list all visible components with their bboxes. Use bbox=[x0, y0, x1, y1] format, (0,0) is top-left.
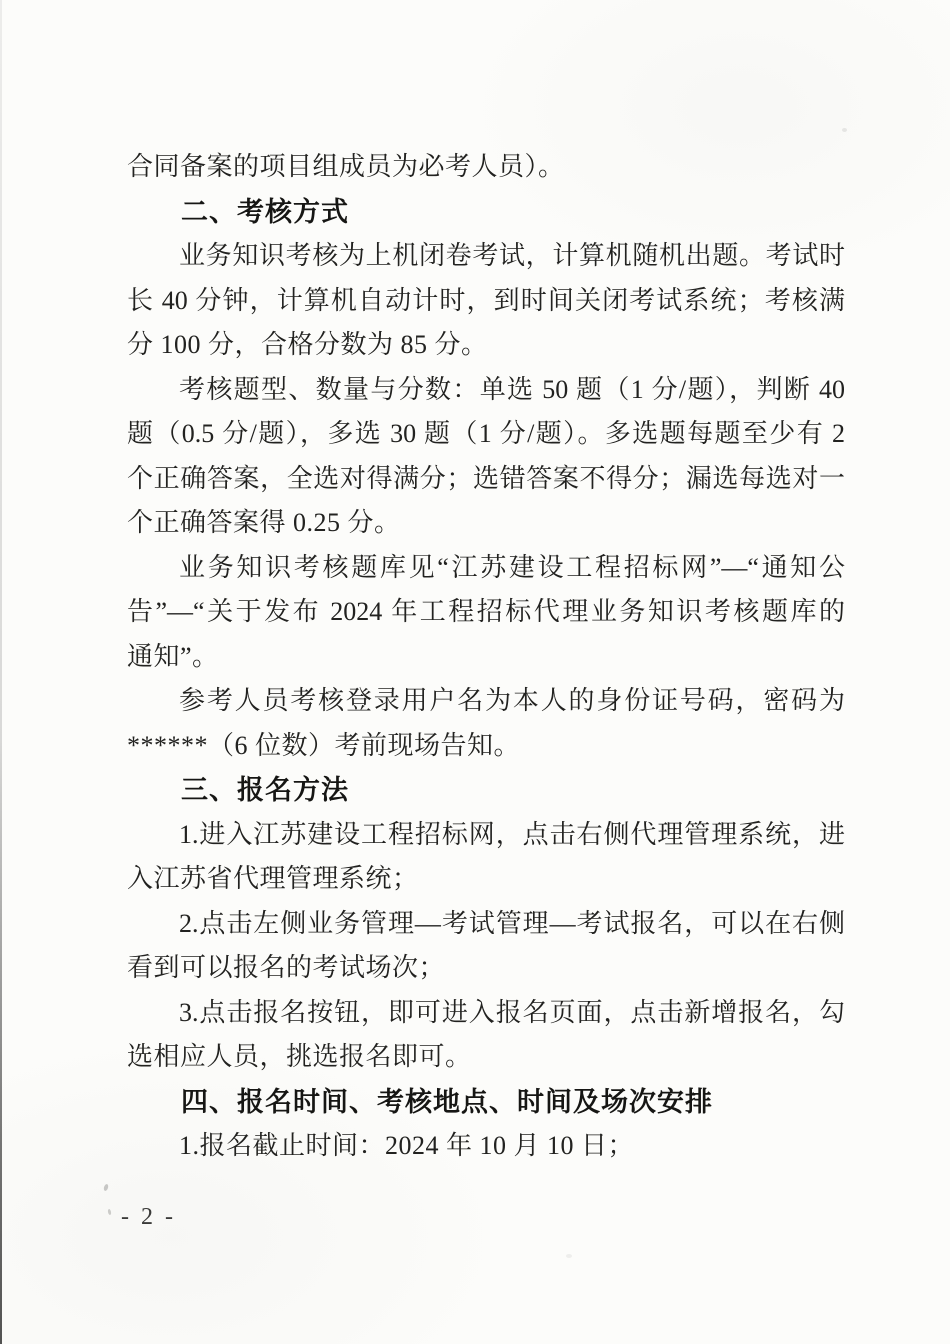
heading-line: 二、考核方式 bbox=[127, 190, 845, 235]
text-line: 1.报名截止时间：2024 年 10 月 10 日； bbox=[127, 1124, 845, 1169]
text-line: 个正确答案得 0.25 分。 bbox=[127, 501, 845, 546]
text-line: 业务知识考核题库见“江苏建设工程招标网”—“通知公 bbox=[127, 546, 845, 591]
scan-speck bbox=[103, 1184, 109, 1192]
text-line: 长 40 分钟，计算机自动计时，到时间关闭考试系统；考核满 bbox=[127, 279, 845, 324]
scan-speck bbox=[842, 128, 847, 132]
text-line: 业务知识考核为上机闭卷考试，计算机随机出题。考试时 bbox=[127, 234, 845, 279]
text-line: 告”—“关于发布 2024 年工程招标代理业务知识考核题库的 bbox=[127, 590, 845, 635]
scan-paper-edge bbox=[0, 0, 2, 1344]
text-line: 考核题型、数量与分数：单选 50 题（1 分/题），判断 40 bbox=[127, 368, 845, 413]
scan-speck bbox=[566, 1254, 572, 1258]
heading-line: 四、报名时间、考核地点、时间及场次安排 bbox=[127, 1080, 845, 1125]
text-line: 1.进入江苏建设工程招标网，点击右侧代理管理系统，进 bbox=[127, 813, 845, 858]
text-line: 3.点击报名按钮，即可进入报名页面，点击新增报名，勾 bbox=[127, 991, 845, 1036]
text-line: 通知”。 bbox=[127, 635, 845, 680]
text-line: 看到可以报名的考试场次； bbox=[127, 946, 845, 991]
text-line: 个正确答案，全选对得满分；选错答案不得分；漏选每选对一 bbox=[127, 457, 845, 502]
scanned-document-page: 合同备案的项目组成员为必考人员）。二、考核方式业务知识考核为上机闭卷考试，计算机… bbox=[0, 0, 950, 1344]
text-line: 入江苏省代理管理系统； bbox=[127, 857, 845, 902]
document-body: 合同备案的项目组成员为必考人员）。二、考核方式业务知识考核为上机闭卷考试，计算机… bbox=[127, 145, 845, 1169]
text-line: 选相应人员，挑选报名即可。 bbox=[127, 1035, 845, 1080]
text-line: 合同备案的项目组成员为必考人员）。 bbox=[127, 145, 845, 190]
heading-line: 三、报名方法 bbox=[127, 768, 845, 813]
text-line: 题（0.5 分/题），多选 30 题（1 分/题）。多选题每题至少有 2 bbox=[127, 412, 845, 457]
text-line: 2.点击左侧业务管理—考试管理—考试报名，可以在右侧 bbox=[127, 902, 845, 947]
text-line: 分 100 分，合格分数为 85 分。 bbox=[127, 323, 845, 368]
scan-speck bbox=[107, 1209, 111, 1215]
text-line: ******（6 位数）考前现场告知。 bbox=[127, 724, 845, 769]
page-number: - 2 - bbox=[121, 1204, 176, 1231]
text-line: 参考人员考核登录用户名为本人的身份证号码，密码为 bbox=[127, 679, 845, 724]
